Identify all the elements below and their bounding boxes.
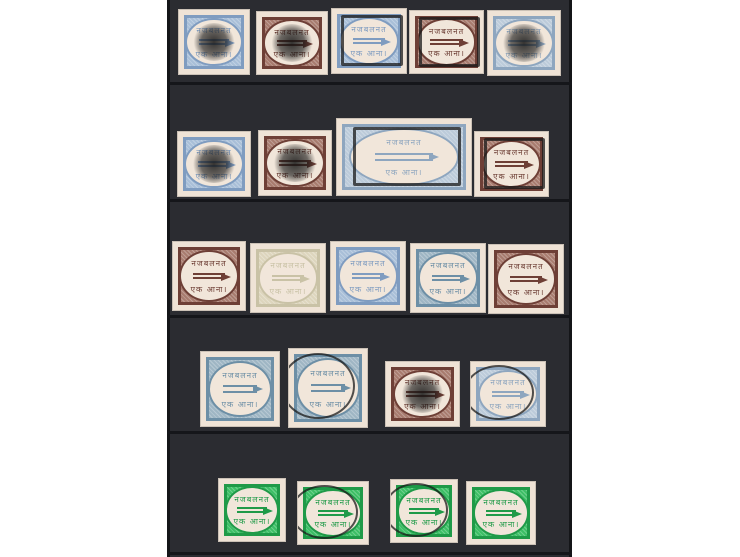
stamp: नजबलनतएक आना। [177, 131, 251, 197]
stamp-inscription-bottom: एक आना। [411, 286, 485, 297]
stamp-inscription-top: नजबलनत [331, 258, 405, 269]
stamp: नजबलनतएक आना। [258, 130, 332, 196]
stamp-inscription-bottom: एक आना। [489, 287, 563, 298]
stamp-inscription-top: नजबलनत [219, 494, 285, 505]
dagger-icon [272, 275, 305, 282]
stamp-inscription-bottom: एक आना। [219, 516, 285, 527]
stamp: नजबलनतएक आना। [250, 243, 326, 313]
stamp: नजबलनतएक आना। [470, 361, 546, 427]
stamp-inscription-top: नजबलनत [467, 497, 535, 508]
stamp-inscription-top: नजबलनत [411, 260, 485, 271]
stamp-inscription-bottom: एक आना। [251, 286, 325, 297]
strip-divider [167, 315, 572, 318]
stamp: नजबलनतएक आना। [487, 10, 561, 76]
stamp-inscription-top: नजबलनत [173, 258, 245, 269]
stamp: नजबलनतएक आना। [218, 478, 286, 542]
stamp-inscription-bottom: एक आना। [201, 399, 279, 410]
postmark-cancel [502, 24, 545, 62]
stamp: नजबलनतएक आना। [172, 241, 246, 311]
stamp: नजबलनतएक आना। [474, 131, 549, 197]
stamp-inscription-bottom: एक आना। [331, 284, 405, 295]
stamp-inscription-top: नजबलनत [489, 261, 563, 272]
dagger-icon [352, 273, 385, 280]
stamp: नजबलनतएक आना। [409, 10, 484, 74]
strip-divider [167, 199, 572, 202]
stamp: नजबलनतएक आना। [330, 241, 406, 311]
stamp-inscription-top: नजबलनत [251, 260, 325, 271]
postmark-cancel [271, 24, 313, 61]
dagger-icon [510, 276, 543, 283]
postmark-cancel [484, 138, 545, 189]
stamp: नजबलनतएक आना। [390, 479, 458, 543]
stamp: नजबलनतएक आना। [410, 243, 486, 313]
dagger-icon [432, 275, 465, 282]
postmark-cancel [192, 145, 235, 183]
stamp: नजबलनतएक आना। [488, 244, 564, 314]
stamp: नजबलनतएक आना। [466, 481, 536, 545]
stamp-inscription-bottom: एक आना। [173, 284, 245, 295]
strip-divider [167, 82, 572, 85]
strip-divider [167, 431, 572, 434]
stamp-inscription-bottom: एक आना। [467, 519, 535, 530]
stamp: नजबलनतएक आना। [385, 361, 460, 427]
dagger-icon [223, 385, 257, 392]
postmark-cancel [273, 144, 316, 182]
postmark-cancel [419, 17, 480, 66]
stamp: नजबलनतएक आना। [336, 118, 472, 196]
strip-divider [167, 552, 572, 555]
stamp-inscription-top: नजबलनत [201, 370, 279, 381]
stamp: नजबलनतएक आना। [200, 351, 280, 427]
stamp: नजबलनतएक आना। [288, 348, 368, 428]
stamp: नजबलनतएक आना। [331, 8, 407, 74]
stamp: नजबलनतएक आना। [178, 9, 250, 75]
postmark-cancel [353, 127, 461, 186]
stamp: नजबलनतएक आना। [297, 481, 369, 545]
dagger-icon [193, 273, 225, 280]
postmark-cancel [193, 23, 235, 61]
postmark-cancel [341, 15, 403, 66]
stamp: नजबलनतएक आना। [256, 11, 328, 75]
dagger-icon [237, 507, 266, 513]
postmark-cancel [390, 483, 448, 537]
dagger-icon [486, 510, 516, 516]
